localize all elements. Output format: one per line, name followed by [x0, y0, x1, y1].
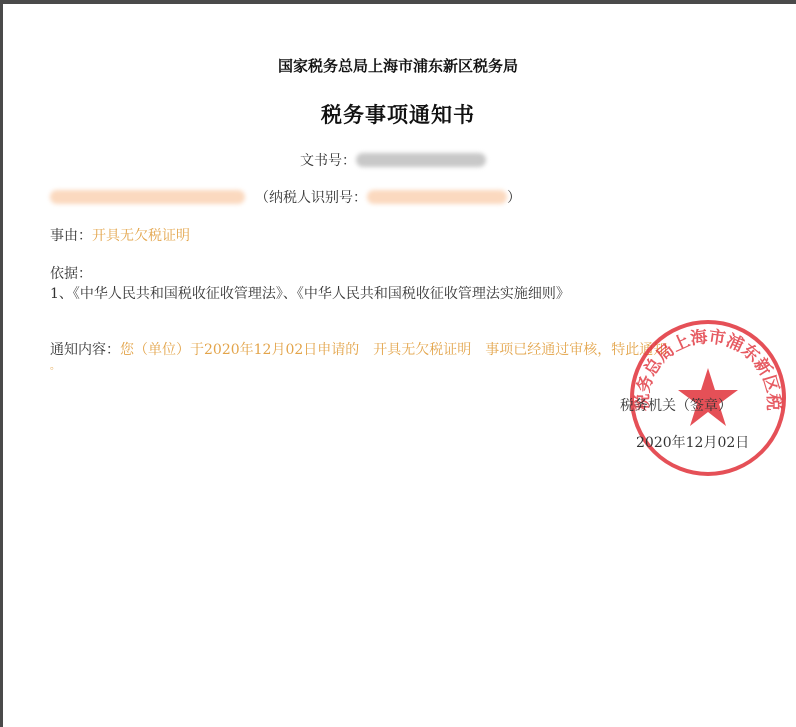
taxpayer-id-label: （纳税人识别号： [255, 187, 367, 207]
reason-label: 事由： [50, 228, 92, 244]
taxpayer-id-redacted [367, 190, 507, 204]
notice-end: 。 [50, 357, 60, 372]
signing-date: 2020年12月02日 [636, 432, 749, 452]
taxpayer-line: （纳税人识别号： ） [50, 187, 521, 207]
taxpayer-name-redacted [50, 190, 245, 204]
document-number-label: 文书号： [300, 150, 356, 170]
document-number: 文书号： [300, 150, 486, 170]
signing-authority: 税务机关（签章） [620, 395, 732, 415]
basis-label: 依据： [50, 263, 92, 283]
issuing-agency: 国家税务总局上海市浦东新区税务局 [0, 55, 796, 76]
taxpayer-id-close: ） [507, 187, 521, 207]
document-title: 税务事项通知书 [0, 99, 796, 129]
reason-value: 开具无欠税证明 [92, 228, 190, 244]
reason-line: 事由：开具无欠税证明 [50, 225, 190, 245]
basis-text: 1、《中华人民共和国税收征收管理法》、《中华人民共和国税收征收管理法实施细则》 [50, 283, 570, 303]
document-number-redacted [356, 153, 486, 167]
notice-label: 通知内容： [50, 342, 120, 358]
notice-text: 您（单位）于2020年12月02日申请的 开具无欠税证明 事项已经通过审核，特此… [120, 342, 667, 358]
